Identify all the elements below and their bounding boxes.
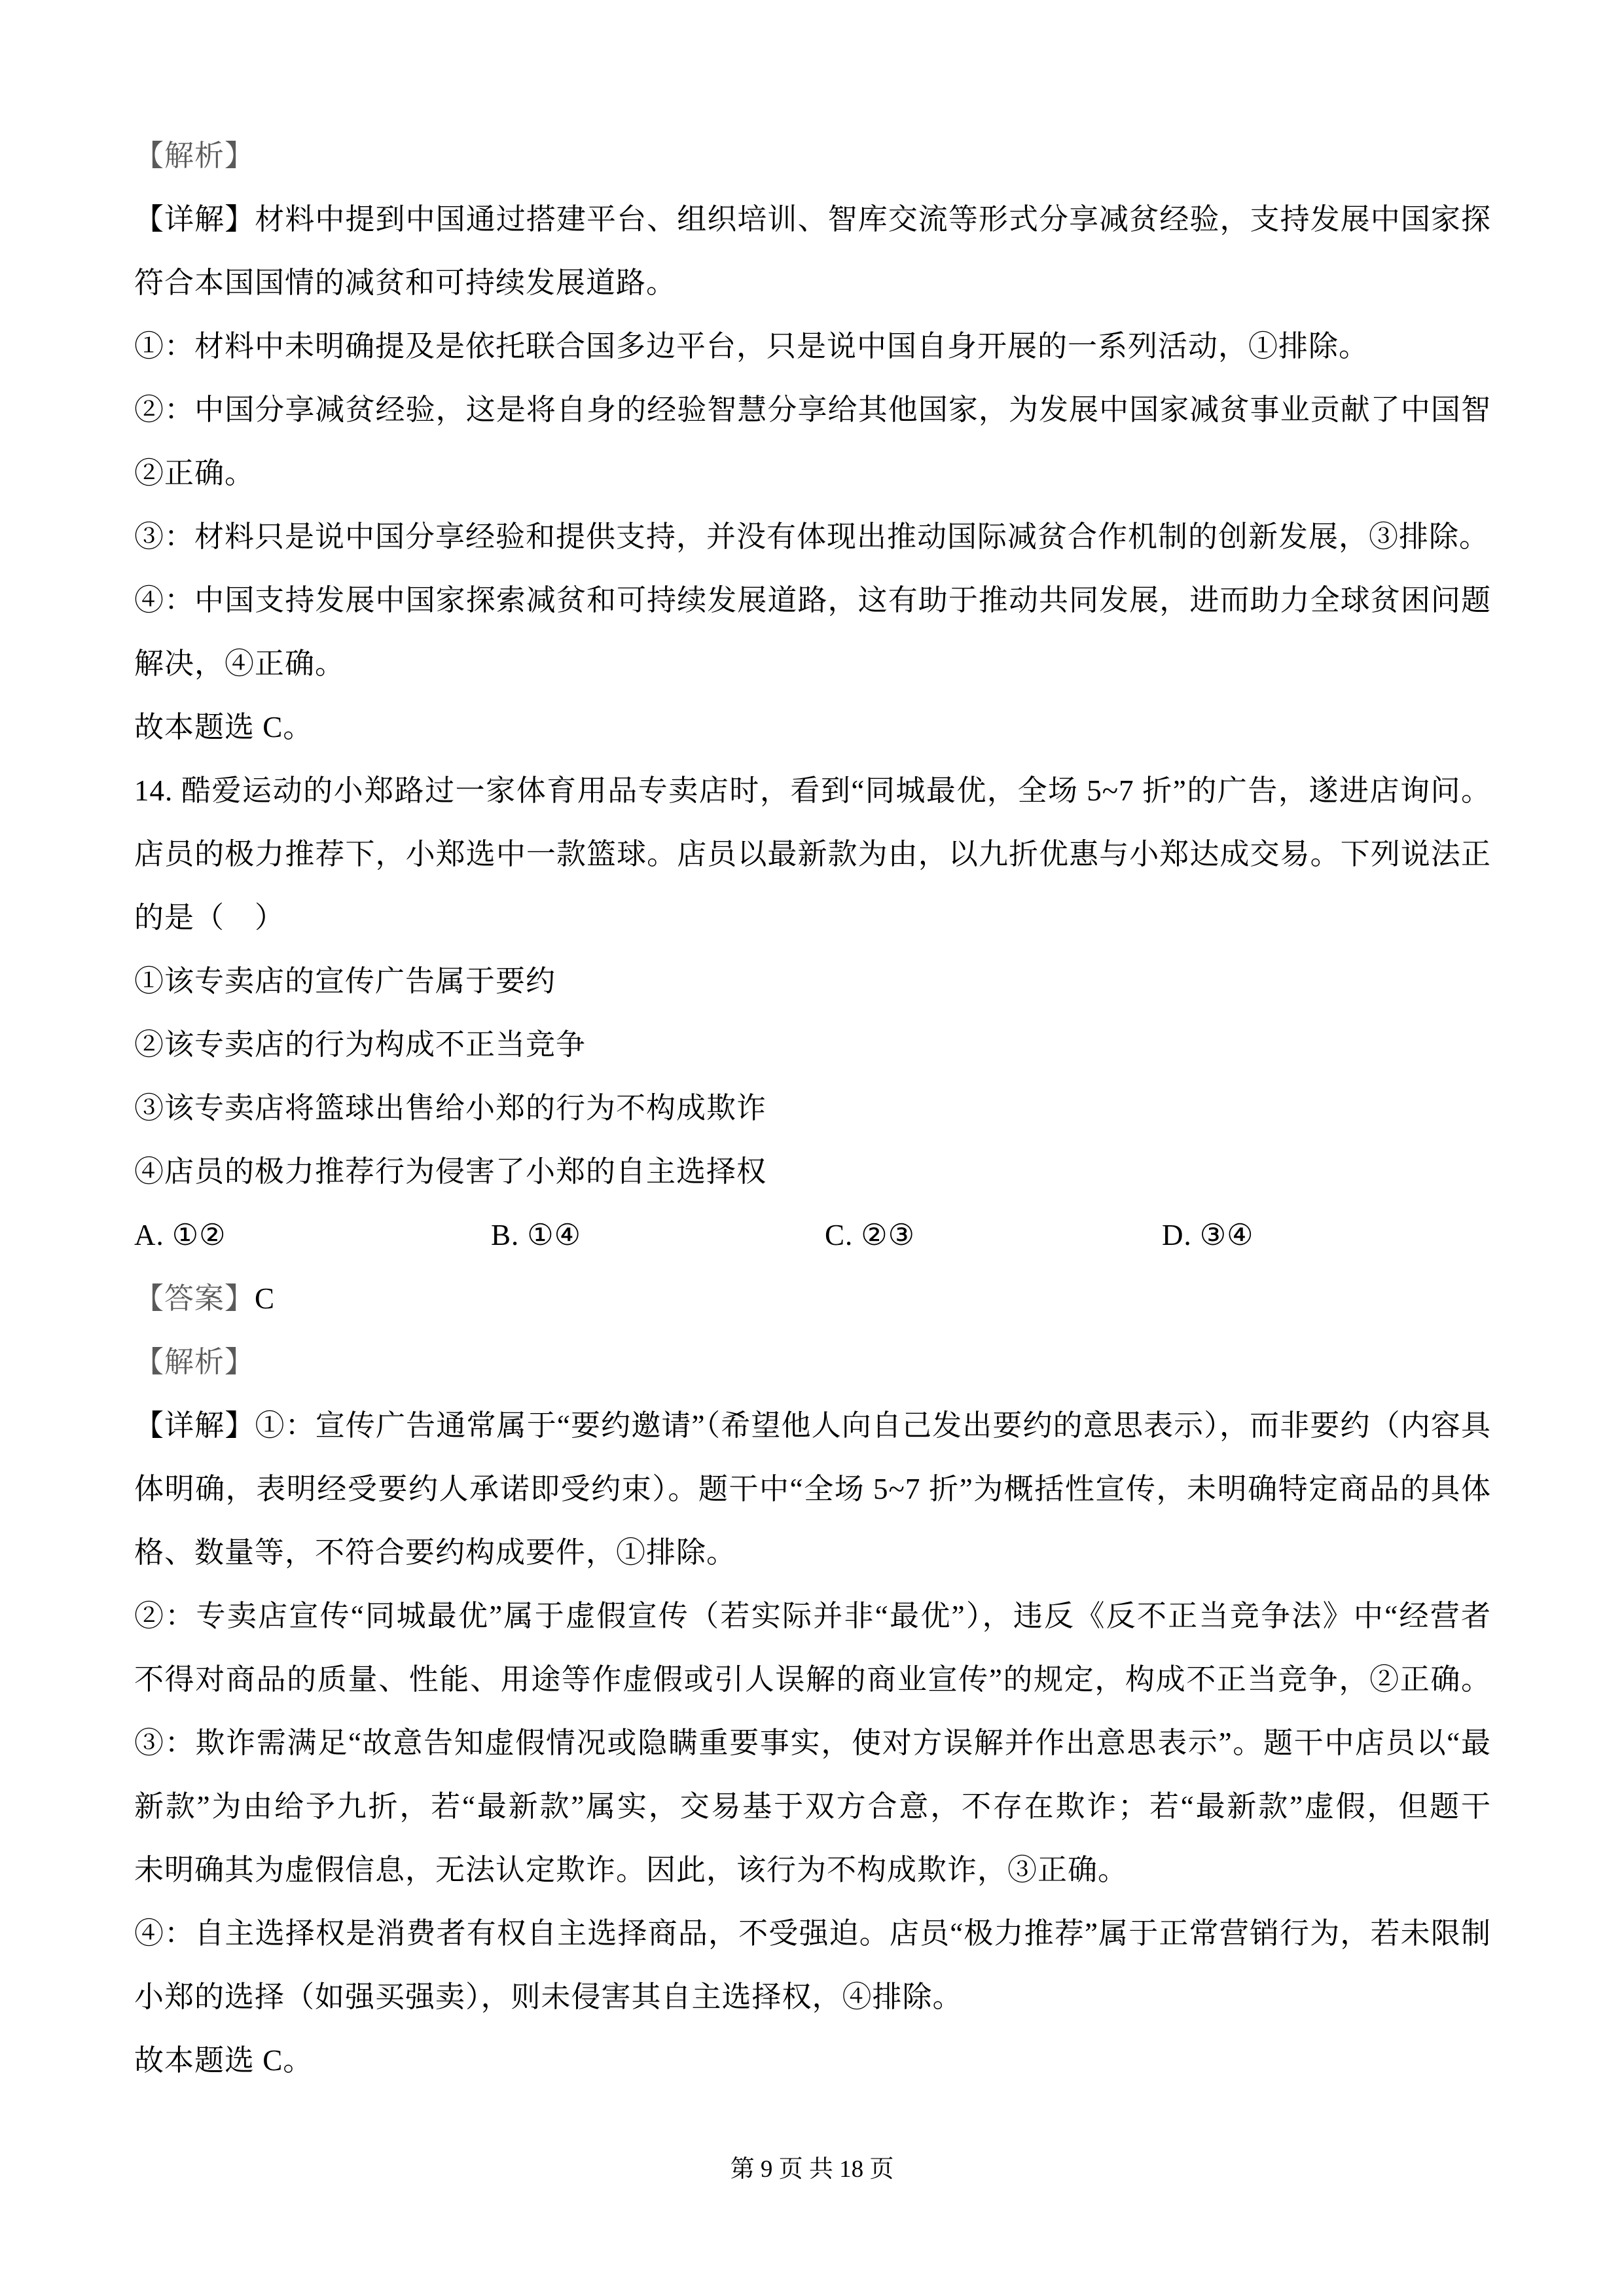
text-line: 【详解】材料中提到中国通过搭建平台、组织培训、智库交流等形式分享减贫经验，支持发…: [134, 188, 1491, 251]
option-c-label: C.: [825, 1219, 853, 1251]
option-b-value: ①④: [527, 1219, 581, 1251]
option-b-label: B.: [491, 1219, 519, 1251]
option-d: D.③④: [1162, 1204, 1254, 1267]
document-page: 【解析】 【详解】材料中提到中国通过搭建平台、组织培训、智库交流等形式分享减贫经…: [0, 0, 1624, 2296]
text-line: 符合本国国情的减贫和可持续发展道路。: [134, 251, 1491, 315]
option-d-value: ③④: [1200, 1219, 1254, 1251]
text-line: ①：材料中未明确提及是依托联合国多边平台，只是说中国自身开展的一系列活动，①排除…: [134, 315, 1491, 378]
analysis-label: 【解析】: [134, 1346, 255, 1378]
text-line: ②：专卖店宣传“同城最优”属于虚假宣传（若实际并非“最优”），违反《反不正当竞争…: [134, 1585, 1491, 1648]
text-line: 不得对商品的质量、性能、用途等作虚假或引人误解的商业宣传”的规定，构成不正当竞争…: [134, 1648, 1491, 1712]
text-line: 格、数量等，不符合要约构成要件，①排除。: [134, 1521, 1491, 1585]
option-d-label: D.: [1162, 1219, 1192, 1251]
statement-3: ③该专卖店将篮球出售给小郑的行为不构成欺诈: [134, 1077, 1491, 1140]
text-line: 体明确，表明经受要约人承诺即受约束）。题干中“全场 5~7 折”为概括性宣传，未…: [134, 1458, 1491, 1521]
text-line: ②：中国分享减贫经验，这是将自身的经验智慧分享给其他国家，为发展中国家减贫事业贡…: [134, 378, 1491, 442]
question-stem-line: 店员的极力推荐下，小郑选中一款篮球。店员以最新款为由，以九折优惠与小郑达成交易。…: [134, 823, 1491, 886]
text-line: ④：自主选择权是消费者有权自主选择商品，不受强迫。店员“极力推荐”属于正常营销行…: [134, 1902, 1491, 1965]
text-line: 【详解】①：宣传广告通常属于“要约邀请”（希望他人向自己发出要约的意思表示），而…: [134, 1394, 1491, 1458]
text-line: 小郑的选择（如强买强卖），则未侵害其自主选择权，④排除。: [134, 1965, 1491, 2029]
option-a-label: A.: [134, 1219, 164, 1251]
options-row: A.①② B.①④ C.②③ D.③④: [134, 1204, 1491, 1267]
text-line: ④：中国支持发展中国家探索减贫和可持续发展道路，这有助于推动共同发展，进而助力全…: [134, 569, 1491, 632]
question-stem-line: 的是（ ）: [134, 886, 1491, 950]
option-c: C.②③: [825, 1204, 915, 1267]
text-line: ③：材料只是说中国分享经验和提供支持，并没有体现出推动国际减贫合作机制的创新发展…: [134, 505, 1491, 569]
q13-analysis-marker: 【解析】: [134, 124, 1491, 188]
option-c-value: ②③: [861, 1219, 915, 1251]
q14-analysis-marker: 【解析】: [134, 1331, 1491, 1394]
option-a-value: ①②: [172, 1219, 226, 1251]
question-stem-line: 14. 酷爱运动的小郑路过一家体育用品专卖店时，看到“同城最优，全场 5~7 折…: [134, 759, 1491, 823]
page-footer: 第 9 页 共 18 页: [0, 2138, 1624, 2201]
option-b: B.①④: [491, 1204, 581, 1267]
text-line: 未明确其为虚假信息，无法认定欺诈。因此，该行为不构成欺诈，③正确。: [134, 1839, 1491, 1902]
answer-value: C: [255, 1282, 275, 1315]
text-line: ③：欺诈需满足“故意告知虚假情况或隐瞒重要事实，使对方误解并作出意思表示”。题干…: [134, 1712, 1491, 1775]
statement-2: ②该专卖店的行为构成不正当竞争: [134, 1013, 1491, 1077]
text-line: 解决，④正确。: [134, 632, 1491, 696]
option-a: A.①②: [134, 1204, 226, 1267]
q14-answer-line: 【答案】C: [134, 1267, 1491, 1331]
text-line: 新款”为由给予九折，若“最新款”属实，交易基于双方合意，不存在欺诈；若“最新款”…: [134, 1775, 1491, 1839]
q13-conclusion: 故本题选 C。: [134, 696, 1491, 759]
page-content: 【解析】 【详解】材料中提到中国通过搭建平台、组织培训、智库交流等形式分享减贫经…: [134, 124, 1491, 2092]
text-line: ②正确。: [134, 442, 1491, 505]
statement-4: ④店员的极力推荐行为侵害了小郑的自主选择权: [134, 1140, 1491, 1204]
statement-1: ①该专卖店的宣传广告属于要约: [134, 950, 1491, 1013]
analysis-label: 【解析】: [134, 139, 255, 172]
q14-conclusion: 故本题选 C。: [134, 2029, 1491, 2092]
answer-label: 【答案】: [134, 1282, 255, 1315]
